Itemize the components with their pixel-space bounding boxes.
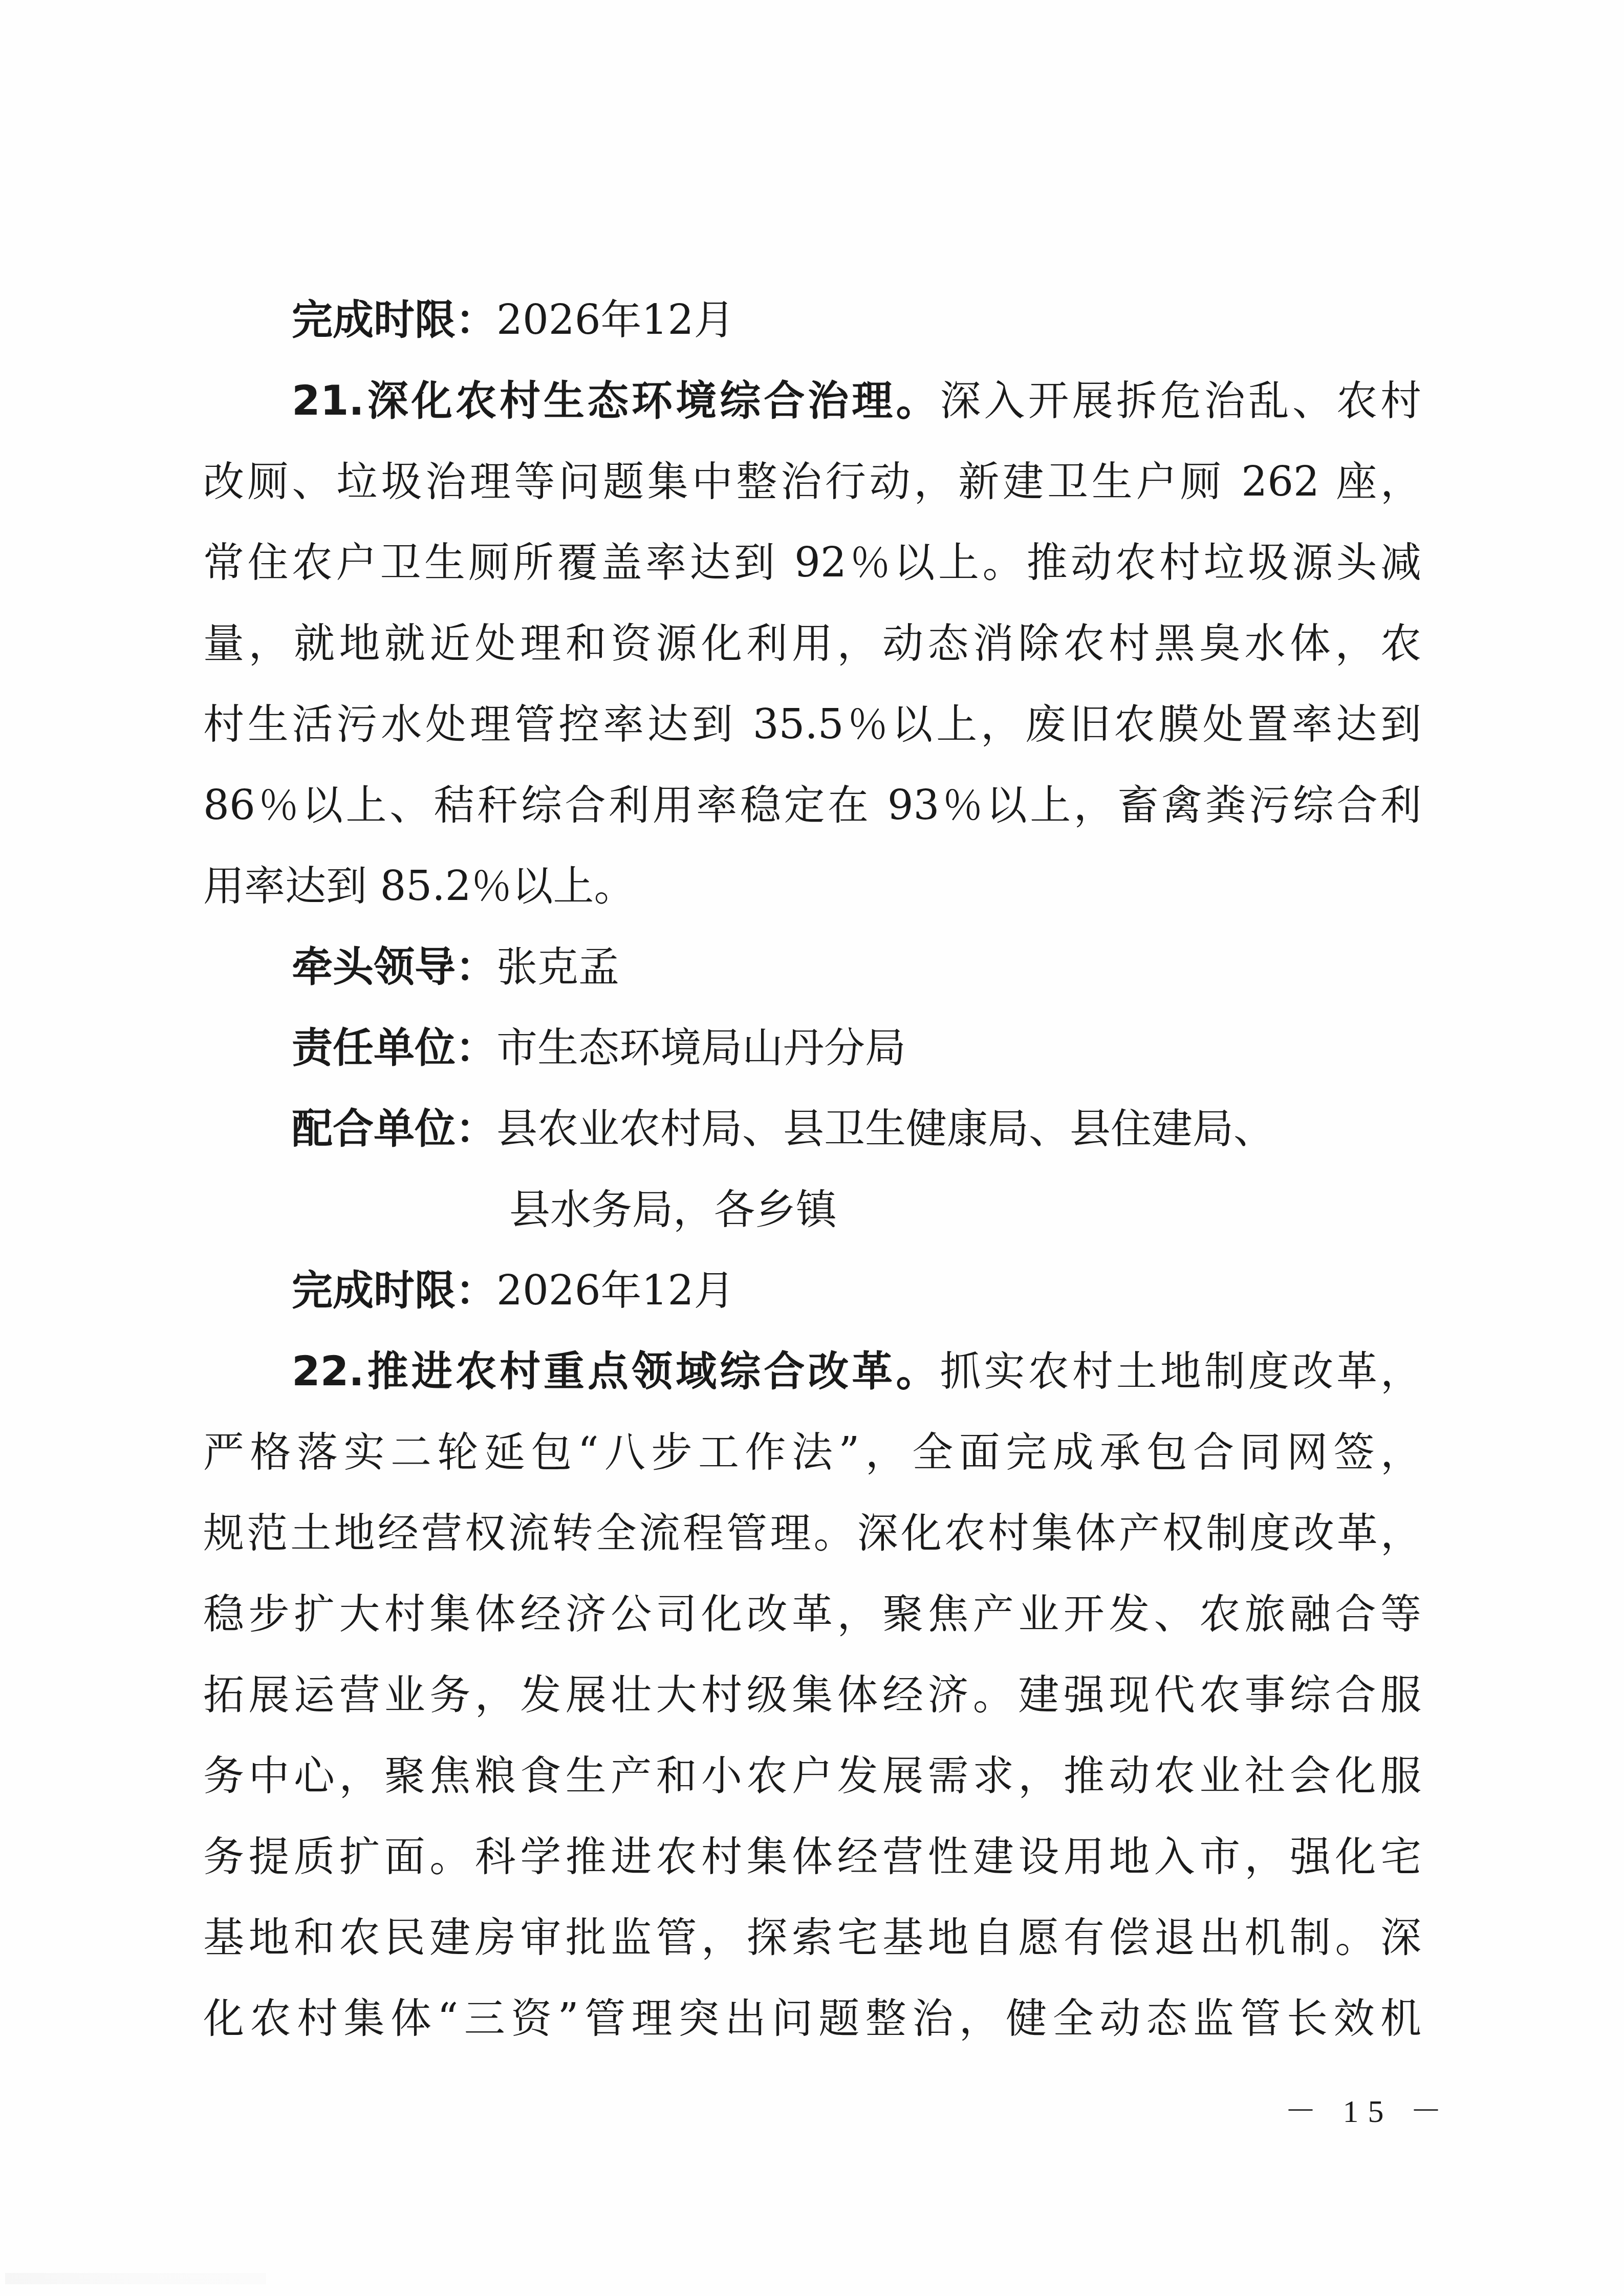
deadline-value: 2026年12月 [496, 1267, 734, 1314]
cooperating-units-line: 配合单位：县农业农村局、县卫生健康局、县住建局、 [292, 1103, 1421, 1154]
cooperating-units-continuation: 县水务局，各乡镇 [509, 1184, 1421, 1235]
item-21-line: 村生活污水处理管控率达到 35.5％以上，废旧农膜处置率达到 [203, 699, 1421, 750]
item-22-line: 拓展运营业务，发展壮大村级集体经济。建强现代农事综合服 [203, 1669, 1421, 1721]
item-22-line: 规范土地经营权流转全流程管理。深化农村集体产权制度改革， [203, 1508, 1421, 1559]
item-22-heading-line: 22.推进农村重点领域综合改革。抓实农村土地制度改革， [292, 1346, 1421, 1397]
item-22-line: 稳步扩大村集体经济公司化改革，聚焦产业开发、农旅融合等 [203, 1589, 1421, 1640]
item-21-heading-line: 21.深化农村生态环境综合治理。深入开展拆危治乱、农村 [292, 375, 1421, 426]
item-21-line: 用率达到 85.2％以上。 [203, 861, 1421, 912]
page-number: － 15 － [1285, 2091, 1451, 2132]
deadline-line-prev: 完成时限：2026年12月 [292, 294, 1421, 346]
lead-leader-label: 牵头领导： [292, 943, 496, 991]
item-21-title: 21.深化农村生态环境综合治理。 [292, 377, 940, 424]
item-22-line: 严格落实二轮延包“八步工作法”，全面完成承包合同网签， [203, 1427, 1421, 1478]
item-22-line: 化农村集体“三资”管理突出问题整治，健全动态监管长效机 [203, 1993, 1421, 2044]
cooperating-units-value: 县农业农村局、县卫生健康局、县住建局、 [496, 1105, 1274, 1152]
deadline-label: 完成时限： [292, 296, 496, 344]
document-page: 完成时限：2026年12月 21.深化农村生态环境综合治理。深入开展拆危治乱、农… [0, 0, 1624, 2296]
cooperating-units-label: 配合单位： [292, 1105, 496, 1152]
item-21-text: 深入开展拆危治乱、农村 [940, 377, 1421, 424]
item-22-line: 基地和农民建房审批监管，探索宅基地自愿有偿退出机制。深 [203, 1912, 1421, 1963]
item-21-line: 改厕、垃圾治理等问题集中整治行动，新建卫生户厕 262 座， [203, 456, 1421, 507]
item-22-text: 抓实农村土地制度改革， [940, 1347, 1421, 1395]
item-22-line: 务提质扩面。科学推进农村集体经营性建设用地入市，强化宅 [203, 1831, 1421, 1882]
responsible-unit-value: 市生态环境局山丹分局 [496, 1024, 906, 1071]
deadline-line: 完成时限：2026年12月 [292, 1265, 1421, 1316]
item-21-line: 量，就地就近处理和资源化利用，动态消除农村黑臭水体，农 [203, 618, 1421, 669]
item-22-title: 22.推进农村重点领域综合改革。 [292, 1347, 940, 1395]
deadline-label: 完成时限： [292, 1267, 496, 1314]
scan-artifact [5, 2273, 266, 2284]
item-22-line: 务中心，聚焦粮食生产和小农户发展需求，推动农业社会化服 [203, 1750, 1421, 1801]
item-21-line: 86％以上、秸秆综合利用率稳定在 93％以上，畜禽粪污综合利 [203, 780, 1421, 831]
responsible-unit-label: 责任单位： [292, 1024, 496, 1071]
deadline-value: 2026年12月 [496, 296, 734, 344]
lead-leader-value: 张克孟 [496, 943, 619, 991]
lead-leader-line: 牵头领导：张克孟 [292, 941, 1421, 993]
responsible-unit-line: 责任单位：市生态环境局山丹分局 [292, 1022, 1421, 1074]
item-21-line: 常住农户卫生厕所覆盖率达到 92％以上。推动农村垃圾源头减 [203, 537, 1421, 588]
